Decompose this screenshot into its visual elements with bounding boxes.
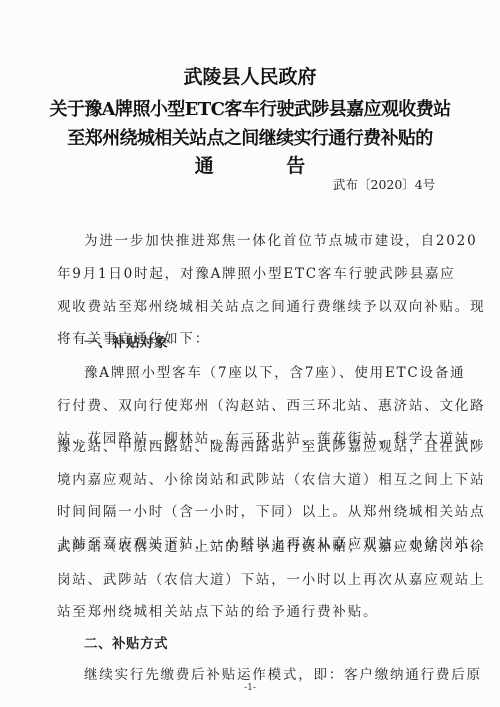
section-line: 境内嘉应观站、小徐岗站和武陟站（农信大道）相互之间上下站 xyxy=(57,468,447,488)
section-line: 武陟站（农信大道）上站的给予通行费补贴；从嘉应观站、小徐 xyxy=(57,535,447,555)
intro-line: 观收费站至郑州绕城相关站点之间通行费继续予以双向补贴。现 xyxy=(57,295,447,315)
section-line: 继续实行先缴费后补贴运作模式，即：客户缴纳通行费后原 xyxy=(84,663,474,683)
section-heading-subsidy-target: 一、补贴对象 xyxy=(84,331,474,351)
title-line-3: 通 告 xyxy=(0,151,500,178)
section-line: 站至郑州绕城相关站点下站的给予通行费补贴。 xyxy=(57,600,447,620)
section-line: 时间间隔一小时（含一小时，下同）以上。从郑州绕城相关站点 xyxy=(57,500,447,520)
intro-line: 为进一步加快推进郑焦一体化首位节点城市建设，自2020 xyxy=(84,229,474,249)
section-line: 豫A牌照小型客车（7座以下，含7座）、使用ETC设备通 xyxy=(84,361,474,381)
section-line: 岗站、武陟站（农信大道）下站，一小时以上再次从嘉应观站上 xyxy=(57,568,447,588)
document-number: 武布〔2020〕4号 xyxy=(333,175,435,193)
issuer-title: 武陵县人民政府 xyxy=(0,62,500,89)
section-line: 行付费、双向行使郑州（沟赵站、西三环北站、惠济站、文化路 xyxy=(57,394,447,414)
section-heading-subsidy-method: 二、补贴方式 xyxy=(84,632,474,652)
page-number: -1- xyxy=(0,683,500,693)
document-page: 武陵县人民政府 关于豫A牌照小型ETC客车行驶武陟县嘉应观收费站 至郑州绕城相关… xyxy=(0,0,500,707)
section-line: 豫龙站、中原西路站、陇海西路站）至武陟嘉应观站，且在武陟 xyxy=(57,435,447,455)
title-line-2: 至郑州绕城相关站点之间继续实行通行费补贴的 xyxy=(0,124,500,150)
intro-line: 年9月1日0时起，对豫A牌照小型ETC客车行驶武陟县嘉应 xyxy=(57,262,447,282)
title-line-1: 关于豫A牌照小型ETC客车行驶武陟县嘉应观收费站 xyxy=(0,95,500,121)
